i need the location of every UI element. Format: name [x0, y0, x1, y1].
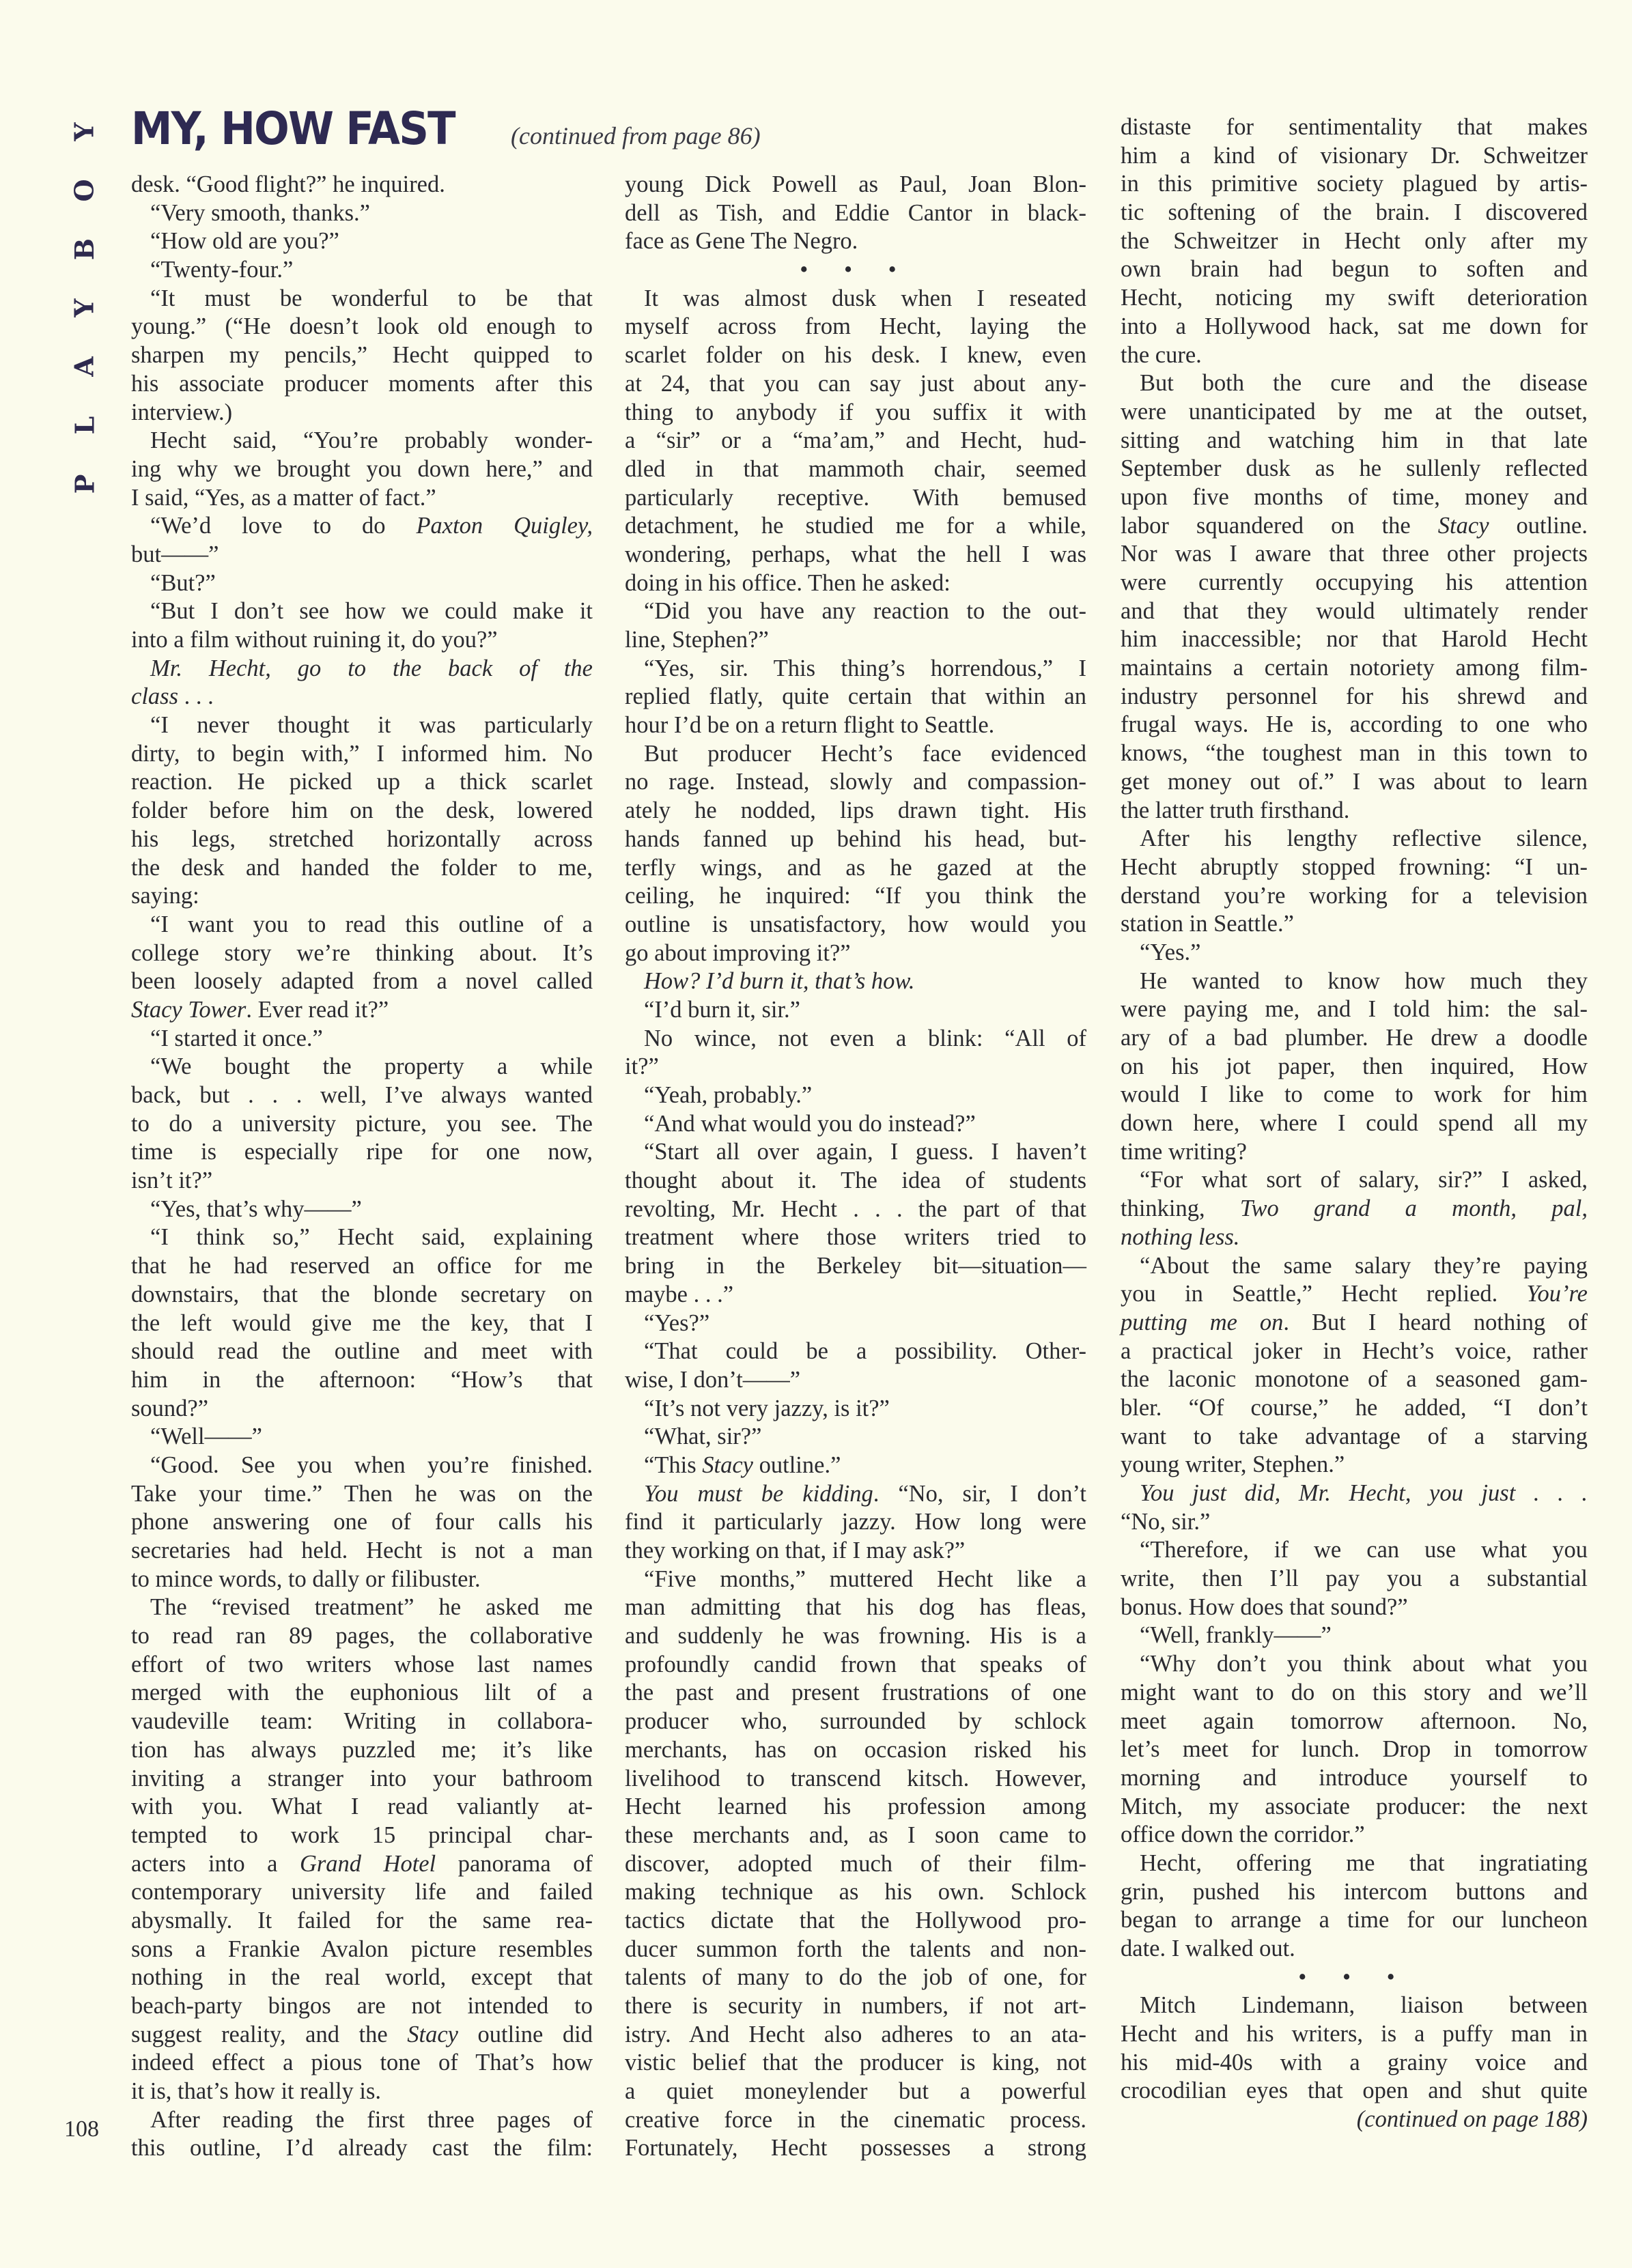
text-line: “This Stacy outline.”	[625, 1451, 1086, 1480]
text-line: should read the outline and meet with	[131, 1337, 593, 1366]
text-line: it?”	[625, 1053, 1086, 1081]
text-line: vaudeville team: Writing in collabora-	[131, 1707, 593, 1736]
text-line: suggest reality, and the Stacy outline d…	[131, 2021, 593, 2050]
text-line: After his lengthy reflective silence,	[1121, 825, 1588, 853]
text-line: ary of a bad plumber. He drew a doodle	[1121, 1024, 1588, 1053]
text-line: knows, “the toughest man in this town to	[1121, 739, 1588, 768]
text-line: find it particularly jazzy. How long wer…	[625, 1508, 1086, 1537]
text-line: ceiling, he inquired: “If you think the	[625, 882, 1086, 911]
text-line: thought about it. The idea of students	[625, 1167, 1086, 1195]
text-line: “It must be wonderful to be that	[131, 285, 593, 313]
text-line: secretaries had held. Hecht is not a man	[131, 1537, 593, 1565]
text-line: Hecht abruptly stopped frowning: “I un-	[1121, 853, 1588, 882]
text-line: outline is unsatisfactory, how would you	[625, 911, 1086, 939]
text-line: time is especially ripe for one now,	[131, 1138, 593, 1167]
text-line: grin, pushed his intercom buttons and	[1121, 1878, 1588, 1907]
playboy-vertical-logo: Y O B Y A L P	[64, 102, 105, 513]
text-line: profoundly candid frown that speaks of	[625, 1651, 1086, 1679]
text-line: began to arrange a time for our luncheon	[1121, 1906, 1588, 1935]
text-line: into a Hollywood hack, sat me down for	[1121, 313, 1588, 341]
logo-letter: Y	[55, 298, 114, 317]
text-line: “I want you to read this outline of a	[131, 911, 593, 939]
text-line: in this primitive society plagued by art…	[1121, 170, 1588, 199]
text-line: ately he nodded, lips drawn tight. His	[625, 797, 1086, 825]
text-line: Stacy Tower. Ever read it?”	[131, 996, 593, 1025]
text-line: “Therefore, if we can use what you	[1121, 1536, 1588, 1565]
text-line: Mitch, my associate producer: the next	[1121, 1793, 1588, 1822]
text-line: producer who, surrounded by schlock	[625, 1707, 1086, 1736]
text-line: nothing in the real world, except that	[131, 1964, 593, 1992]
text-line: “Well, frankly——”	[1121, 1621, 1588, 1650]
text-line: him inaccessible; nor that Harold Hecht	[1121, 625, 1588, 654]
text-line: might want to do on this story and we’ll	[1121, 1679, 1588, 1707]
text-line: saying:	[131, 882, 593, 911]
text-line: inviting a stranger into your bathroom	[131, 1765, 593, 1794]
text-line: the past and present frustrations of one	[625, 1679, 1086, 1707]
text-line: the desk and handed the folder to me,	[131, 854, 593, 883]
text-line: Hecht and his writers, is a puffy man in	[1121, 2020, 1588, 2049]
text-line: and that they would ultimately render	[1121, 597, 1588, 626]
text-line: station in Seattle.”	[1121, 910, 1588, 939]
text-line: it is, that’s how it really is.	[131, 2078, 593, 2106]
text-line: that he had reserved an office for me	[131, 1252, 593, 1281]
text-line: frugal ways. He is, according to one who	[1121, 711, 1588, 739]
text-line: were paying me, and I told him: the sal-	[1121, 995, 1588, 1024]
logo-letter: L	[55, 416, 114, 435]
text-line: doing in his office. Then he asked:	[625, 569, 1086, 598]
text-line: “It’s not very jazzy, is it?”	[625, 1395, 1086, 1423]
text-line: derstand you’re working for a television	[1121, 882, 1588, 911]
logo-letter: B	[55, 238, 114, 260]
text-line: him in the afternoon: “How’s that	[131, 1366, 593, 1395]
text-line: “Very smooth, thanks.”	[131, 199, 593, 228]
text-line: the cure.	[1121, 341, 1588, 370]
text-line: back, but . . . well, I’ve always wanted	[131, 1081, 593, 1110]
text-line: the laconic monotone of a seasoned gam-	[1121, 1365, 1588, 1394]
text-line: young writer, Stephen.”	[1121, 1451, 1588, 1479]
text-line: the left would give me the key, that I	[131, 1309, 593, 1338]
text-line: Hecht said, “You’re probably wonder-	[131, 427, 593, 455]
text-line: his mid-40s with a grainy voice and	[1121, 2049, 1588, 2078]
section-break: • • •	[1121, 1964, 1588, 1992]
text-line: “Yes?”	[625, 1309, 1086, 1338]
page-number: 108	[64, 2116, 99, 2142]
text-line: “Did you have any reaction to the out-	[625, 597, 1086, 626]
text-line: they working on that, if I may ask?”	[625, 1537, 1086, 1565]
text-line: But both the cure and the disease	[1121, 369, 1588, 398]
text-line: “For what sort of salary, sir?” I asked,	[1121, 1166, 1588, 1195]
text-line: to mince words, to dally or filibuster.	[131, 1565, 593, 1594]
text-line: a practical joker in Hecht’s voice, rath…	[1121, 1337, 1588, 1366]
text-line: It was almost dusk when I reseated	[625, 285, 1086, 313]
text-line: into a film without ruining it, do you?”	[131, 626, 593, 655]
text-line: “Yes.”	[1121, 939, 1588, 967]
text-line: I said, “Yes, as a matter of fact.”	[131, 484, 593, 513]
text-line: meet again tomorrow afternoon. No,	[1121, 1707, 1588, 1736]
text-line: with you. What I read valiantly at-	[131, 1793, 593, 1822]
text-line: time writing?	[1121, 1138, 1588, 1167]
text-line: sound?”	[131, 1395, 593, 1423]
text-line: “We’d love to do Paxton Quigley,	[131, 512, 593, 541]
text-line: “Yeah, probably.”	[625, 1081, 1086, 1110]
text-line: terfly wings, and as he gazed at the	[625, 854, 1086, 883]
text-line: class . . .	[131, 683, 593, 711]
text-line: college story we’re thinking about. It’s	[131, 939, 593, 968]
text-line: folder before him on the desk, lowered	[131, 797, 593, 825]
text-line: detachment, he studied me for a while,	[625, 512, 1086, 541]
text-line: ducer summon forth the talents and non-	[625, 1936, 1086, 1964]
text-line: “Start all over again, I guess. I haven’…	[625, 1138, 1086, 1167]
text-line: to read ran 89 pages, the collaborative	[131, 1622, 593, 1651]
text-line: After reading the first three pages of	[131, 2106, 593, 2135]
text-line: bring in the Berkeley bit—situation—	[625, 1252, 1086, 1281]
text-line: hour I’d be on a return flight to Seattl…	[625, 711, 1086, 740]
text-line: You just did, Mr. Hecht, you just . . .	[1121, 1479, 1588, 1508]
text-line: were unanticipated by me at the outset,	[1121, 398, 1588, 427]
text-line: tic softening of the brain. I discovered	[1121, 199, 1588, 227]
text-line: maintains a certain notoriety among film…	[1121, 654, 1588, 683]
text-line: bler. “Of course,” he added, “I don’t	[1121, 1394, 1588, 1423]
text-line: Nor was I aware that three other project…	[1121, 540, 1588, 569]
logo-letter: A	[55, 356, 114, 376]
continued-on-note: (continued on page 188)	[1121, 2106, 1588, 2134]
text-line: upon five months of time, money and	[1121, 483, 1588, 512]
text-line: “Twenty-four.”	[131, 256, 593, 285]
text-line: office down the corridor.”	[1121, 1821, 1588, 1849]
text-line: at 24, that you can say just about any-	[625, 370, 1086, 399]
article-title: MY, HOW FAST	[131, 102, 455, 155]
text-line: man admitting that his dog has fleas,	[625, 1593, 1086, 1622]
text-line: treatment where those writers tried to	[625, 1223, 1086, 1252]
text-line: tion has always puzzled me; it’s like	[131, 1736, 593, 1765]
logo-letter: P	[55, 474, 114, 494]
text-line: get money out of.” I was about to learn	[1121, 768, 1588, 797]
text-line: “Yes, sir. This thing’s horrendous,” I	[625, 655, 1086, 683]
text-line: on his jot paper, then inquired, How	[1121, 1053, 1588, 1081]
text-line: were currently occupying his attention	[1121, 569, 1588, 597]
text-line: “Five months,” muttered Hecht like a	[625, 1565, 1086, 1594]
text-line: phone answering one of four calls his	[131, 1508, 593, 1537]
text-line: ing why we brought you down here,” and	[131, 455, 593, 484]
logo-letter: O	[55, 179, 114, 201]
text-line: young.” (“He doesn’t look old enough to	[131, 313, 593, 341]
text-line: his legs, stretched horizontally across	[131, 825, 593, 854]
text-line: “I never thought it was particularly	[131, 711, 593, 740]
text-line: Fortunately, Hecht possesses a strong	[625, 2134, 1086, 2163]
text-line: but——”	[131, 541, 593, 569]
text-line: distaste for sentimentality that makes	[1121, 113, 1588, 142]
text-line: own brain had begun to soften and	[1121, 255, 1588, 284]
text-line: Take your time.” Then he was on the	[131, 1480, 593, 1509]
text-line: “We bought the property a while	[131, 1053, 593, 1081]
text-line: revolting, Mr. Hecht . . . the part of t…	[625, 1195, 1086, 1224]
text-line: tempted to work 15 principal char-	[131, 1822, 593, 1850]
text-line: you in Seattle,” Hecht replied. You’re	[1121, 1280, 1588, 1309]
text-line: Mr. Hecht, go to the back of the	[131, 655, 593, 683]
text-line: sons a Frankie Avalon picture resembles	[131, 1936, 593, 1964]
text-line: “I started it once.”	[131, 1025, 593, 1053]
text-line: creative force in the cinematic process.	[625, 2106, 1086, 2135]
text-line: indeed effect a pious tone of That’s how	[131, 2049, 593, 2078]
text-line: to do a university picture, you see. The	[131, 1110, 593, 1139]
text-line: “No, sir.”	[1121, 1508, 1588, 1537]
text-line: these merchants and, as I soon came to	[625, 1822, 1086, 1850]
text-line: putting me on. But I heard nothing of	[1121, 1309, 1588, 1337]
text-line: merged with the euphonious lilt of a	[131, 1679, 593, 1707]
text-line: wondering, perhaps, what the hell I was	[625, 541, 1086, 569]
text-line: September dusk as he sullenly reflected	[1121, 455, 1588, 483]
text-line: him a kind of visionary Dr. Schweitzer	[1121, 142, 1588, 171]
text-line: “And what would you do instead?”	[625, 1110, 1086, 1139]
text-line: Hecht learned his profession among	[625, 1793, 1086, 1822]
text-line: reaction. He picked up a thick scarlet	[131, 768, 593, 797]
text-line: You must be kidding. “No, sir, I don’t	[625, 1480, 1086, 1509]
text-line: istry. And Hecht also adheres to an ata-	[625, 2021, 1086, 2050]
text-column-1: desk. “Good flight?” he inquired.“Very s…	[131, 171, 593, 2163]
text-line: “But I don’t see how we could make it	[131, 597, 593, 626]
text-line: a “sir” or a “ma’am,” and Hecht, hud-	[625, 427, 1086, 455]
text-line: thinking, Two grand a month, pal,	[1121, 1195, 1588, 1223]
text-line: write, then I’ll pay you a substantial	[1121, 1565, 1588, 1593]
text-line: dell as Tish, and Eddie Cantor in black-	[625, 199, 1086, 228]
text-line: acters into a Grand Hotel panorama of	[131, 1850, 593, 1879]
text-line: The “revised treatment” he asked me	[131, 1593, 593, 1622]
text-column-2: young Dick Powell as Paul, Joan Blon-del…	[625, 171, 1086, 2163]
text-line: crocodilian eyes that open and shut quit…	[1121, 2077, 1588, 2106]
text-line: down here, where I could spend all my	[1121, 1109, 1588, 1138]
text-line: But producer Hecht’s face evidenced	[625, 740, 1086, 769]
text-line: “Yes, that’s why——”	[131, 1195, 593, 1224]
text-line: He wanted to know how much they	[1121, 967, 1588, 996]
text-line: a quiet moneylender but a powerful	[625, 2078, 1086, 2106]
text-line: abysmally. It failed for the same rea-	[131, 1907, 593, 1936]
text-line: the Schweitzer in Hecht only after my	[1121, 227, 1588, 256]
text-line: there is security in numbers, if not art…	[625, 1992, 1086, 2021]
text-line: No wince, not even a blink: “All of	[625, 1025, 1086, 1053]
text-line: Hecht, offering me that ingratiating	[1121, 1849, 1588, 1878]
text-line: dled in that mammoth chair, seemed	[625, 455, 1086, 484]
text-line: the latter truth firsthand.	[1121, 797, 1588, 825]
text-line: downstairs, that the blonde secretary on	[131, 1281, 593, 1309]
text-line: let’s meet for lunch. Drop in tomorrow	[1121, 1735, 1588, 1764]
text-line: want to take advantage of a starving	[1121, 1423, 1588, 1451]
text-line: industry personnel for his shrewd and	[1121, 683, 1588, 711]
text-line: “How old are you?”	[131, 227, 593, 256]
text-column-3: distaste for sentimentality that makeshi…	[1121, 113, 1588, 2134]
text-line: wise, I don’t——”	[625, 1366, 1086, 1395]
text-line: and suddenly he was frowning. His is a	[625, 1622, 1086, 1651]
text-line: “Good. See you when you’re finished.	[131, 1451, 593, 1480]
text-line: vistic belief that the producer is king,…	[625, 2049, 1086, 2078]
text-line: talents of many to do the job of one, fo…	[625, 1964, 1086, 1992]
text-line: “That could be a possibility. Other-	[625, 1337, 1086, 1366]
text-line: dirty, to begin with,” I informed him. N…	[131, 740, 593, 769]
text-line: discover, adopted much of their film-	[625, 1850, 1086, 1879]
text-line: interview.)	[131, 399, 593, 427]
text-line: “I think so,” Hecht said, explaining	[131, 1223, 593, 1252]
text-line: “What, sir?”	[625, 1423, 1086, 1451]
text-line: labor squandered on the Stacy outline.	[1121, 512, 1588, 541]
text-line: maybe . . .”	[625, 1281, 1086, 1309]
text-line: would I like to come to work for him	[1121, 1081, 1588, 1109]
text-line: thing to anybody if you suffix it with	[625, 399, 1086, 427]
text-line: date. I walked out.	[1121, 1935, 1588, 1964]
text-line: bonus. How does that sound?”	[1121, 1593, 1588, 1622]
text-line: beach-party bingos are not intended to	[131, 1992, 593, 2021]
text-line: particularly receptive. With bemused	[625, 484, 1086, 513]
text-line: nothing less.	[1121, 1223, 1588, 1252]
text-line: been loosely adapted from a novel called	[131, 967, 593, 996]
text-line: “About the same salary they’re paying	[1121, 1252, 1588, 1281]
text-line: replied flatly, quite certain that withi…	[625, 683, 1086, 711]
text-line: no rage. Instead, slowly and compassion-	[625, 768, 1086, 797]
text-line: face as Gene The Negro.	[625, 227, 1086, 256]
text-line: go about improving it?”	[625, 939, 1086, 968]
text-line: morning and introduce yourself to	[1121, 1764, 1588, 1793]
text-line: livelihood to transcend kitsch. However,	[625, 1765, 1086, 1794]
text-line: line, Stephen?”	[625, 626, 1086, 655]
text-line: contemporary university life and failed	[131, 1878, 593, 1907]
logo-letter: Y	[55, 122, 114, 141]
text-line: Hecht, noticing my swift deterioration	[1121, 284, 1588, 313]
text-line: isn’t it?”	[131, 1167, 593, 1195]
text-line: sharpen my pencils,” Hecht quipped to	[131, 341, 593, 370]
text-line: effort of two writers whose last names	[131, 1651, 593, 1679]
section-break: • • •	[625, 256, 1086, 285]
text-line: “Well——”	[131, 1423, 593, 1451]
text-line: merchants, has on occasion risked his	[625, 1736, 1086, 1765]
text-line: “Why don’t you think about what you	[1121, 1650, 1588, 1679]
text-line: young Dick Powell as Paul, Joan Blon-	[625, 171, 1086, 199]
text-line: making technique as his own. Schlock	[625, 1878, 1086, 1907]
text-line: this outline, I’d already cast the film:	[131, 2134, 593, 2163]
text-line: Mitch Lindemann, liaison between	[1121, 1991, 1588, 2020]
text-line: hands fanned up behind his head, but-	[625, 825, 1086, 854]
text-line: desk. “Good flight?” he inquired.	[131, 171, 593, 199]
text-line: How? I’d burn it, that’s how.	[625, 967, 1086, 996]
text-line: myself across from Hecht, laying the	[625, 313, 1086, 341]
text-line: his associate producer moments after thi…	[131, 370, 593, 399]
text-line: tactics dictate that the Hollywood pro-	[625, 1907, 1086, 1936]
text-line: “But?”	[131, 569, 593, 598]
continued-from-note: (continued from page 86)	[511, 122, 761, 150]
text-line: sitting and watching him in that late	[1121, 427, 1588, 455]
text-line: “I’d burn it, sir.”	[625, 996, 1086, 1025]
text-line: scarlet folder on his desk. I knew, even	[625, 341, 1086, 370]
